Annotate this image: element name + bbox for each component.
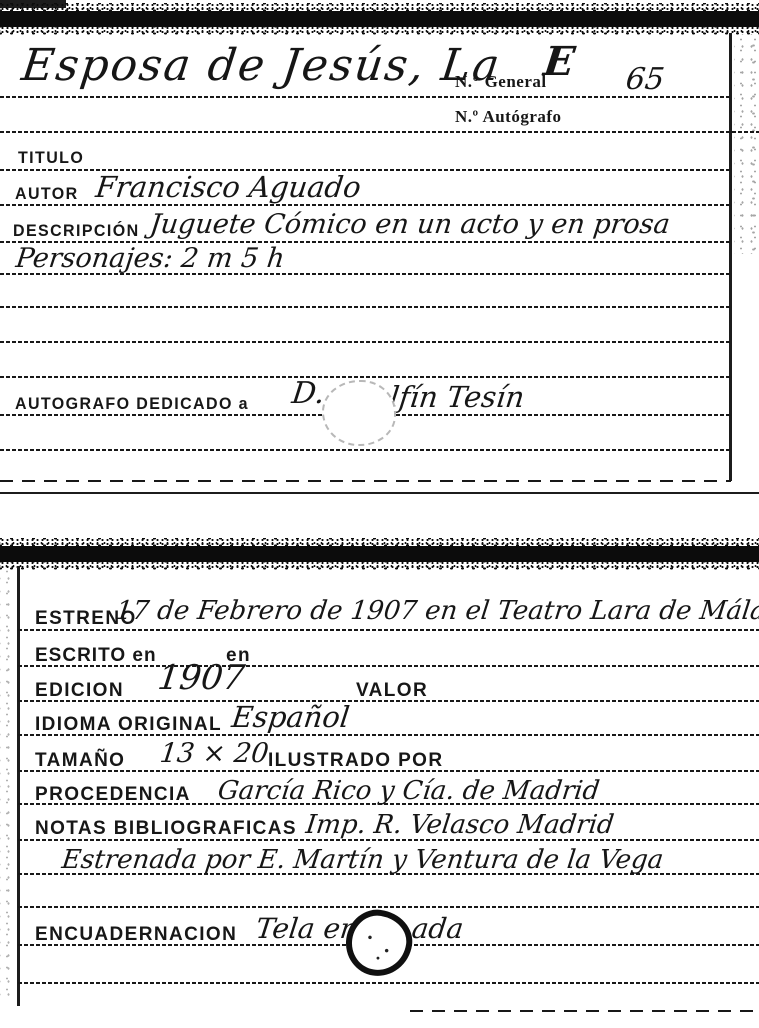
scan-noise-band-top <box>0 11 759 27</box>
titulo-label: TITULO <box>18 150 84 169</box>
scan-separator-line <box>0 492 759 494</box>
edicion-label: EDICION <box>35 680 124 703</box>
descripcion-line2: Personajes: 2 m 5 h <box>14 243 286 274</box>
notas-bibliograficas-line2: Estrenada por E. Martín y Ventura de la … <box>60 845 665 875</box>
procedencia-label: PROCEDENCIA <box>35 784 191 807</box>
tamano-value: 13 × 20 <box>158 738 270 769</box>
rule-line-partial <box>410 1010 759 1012</box>
scanned-catalog-card-page: Esposa de Jesús, La E N.° General 65 N.º… <box>0 0 759 1028</box>
tamano-label: TAMAÑO <box>35 750 125 773</box>
rule-line <box>0 204 731 206</box>
autor-value: Francisco Aguado <box>94 170 363 204</box>
edicion-value: 1907 <box>156 658 247 698</box>
idioma-original-label: IDIOMA ORIGINAL <box>35 714 222 737</box>
notas-bibliograficas-label: NOTAS BIBLIOGRAFICAS <box>35 818 297 841</box>
encuadernacion-label: ENCUADERNACION <box>35 924 237 947</box>
notas-bibliograficas-value: Imp. R. Velasco Madrid <box>304 810 615 840</box>
rule-line <box>0 96 731 98</box>
autografo-dedicado-label: AUTOGRAFO DEDICADO a <box>15 396 249 415</box>
autor-label: AUTOR <box>15 186 79 205</box>
escrito-en-label: ESCRITO en <box>35 645 157 668</box>
descripcion-value: Juguete Cómico en un acto y en prosa <box>148 209 672 240</box>
white-blob-artifact <box>322 380 396 446</box>
descripcion-label: DESCRIPCIÓN <box>13 223 140 242</box>
scan-edge-speckle <box>0 566 15 996</box>
valor-label: VALOR <box>356 680 428 703</box>
card-top-bottom-border <box>0 480 731 482</box>
autografo-dedicado-value-start: D. <box>290 376 327 411</box>
rule-line <box>18 982 759 984</box>
scan-noise-band-middle <box>0 546 759 562</box>
rule-line <box>0 306 731 308</box>
rule-line <box>18 906 759 908</box>
rule-line <box>0 449 731 451</box>
rule-line <box>0 341 731 343</box>
no-autografo-label: N.º Autógrafo <box>455 107 562 127</box>
rule-line <box>0 131 759 133</box>
procedencia-value: García Rico y Cía. de Madrid <box>216 776 601 806</box>
no-general-value: 65 <box>624 62 666 97</box>
autografo-dedicado-value-end: lfín Tesín <box>388 380 526 414</box>
rule-line <box>0 376 731 378</box>
card-bottom-left-border <box>17 566 20 1006</box>
idioma-original-value: Español <box>230 700 352 734</box>
encuadernacion-value-end: ada <box>410 912 465 945</box>
scan-edge-speckle <box>734 34 759 254</box>
estreno-value: 17 de Febrero de 1907 en el Teatro Lara … <box>114 596 759 626</box>
no-general-label: N.° General <box>455 72 547 92</box>
card-title-handwritten: Esposa de Jesús, La <box>19 40 504 91</box>
encuadernacion-value-start: Tela en <box>254 912 360 945</box>
ilustrado-por-label: ILUSTRADO POR <box>268 750 443 773</box>
